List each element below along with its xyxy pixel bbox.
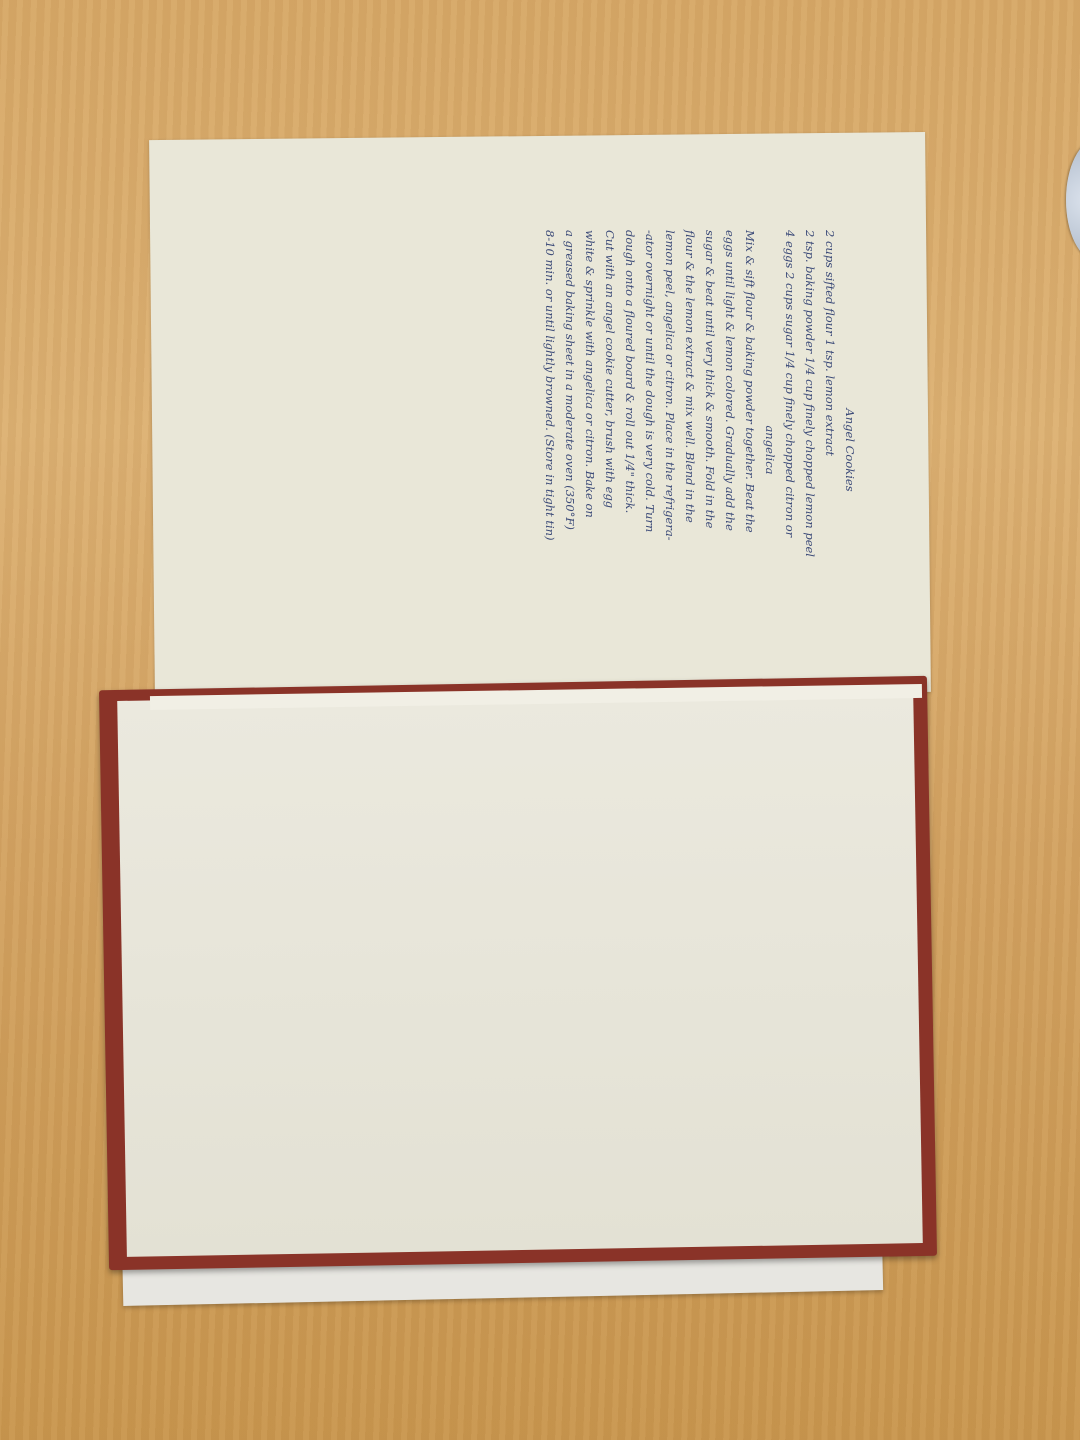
recipe-line: 2 tsp. baking powder 1/4 cup finely chop… xyxy=(800,230,820,670)
pastedown-page xyxy=(117,687,923,1257)
recipe-line: 4 eggs 2 cups sugar 1/4 cup finely chopp… xyxy=(780,230,800,670)
recipe-line: dough onto a floured board & roll out 1/… xyxy=(620,230,640,670)
recipe-line: angelica xyxy=(760,230,780,670)
recipe-line: -ator overnight or until the dough is ve… xyxy=(640,230,660,670)
recipe-line: Cut with an angel cookie cutter, brush w… xyxy=(600,230,620,670)
recipe-line: Mix & sift flour & baking powder togethe… xyxy=(740,230,760,670)
recipe-line: white & sprinkle with angelica or citron… xyxy=(580,230,600,670)
recipe-title: Angel Cookies xyxy=(840,230,860,670)
recipe-line: lemon peel, angelica or citron. Place in… xyxy=(660,230,680,670)
recipe-line: eggs until light & lemon colored. Gradua… xyxy=(720,230,740,670)
recipe-line: 8-10 min. or until lightly browned. (Sto… xyxy=(540,230,560,670)
recipe-line: sugar & beat until very thick & smooth. … xyxy=(700,230,720,670)
handwritten-recipe: Angel Cookies 2 cups sifted flour 1 tsp.… xyxy=(560,230,860,670)
metal-disc xyxy=(1066,140,1080,260)
recipe-line: flour & the lemon extract & mix well. Bl… xyxy=(680,230,700,670)
recipe-line: 2 cups sifted flour 1 tsp. lemon extract xyxy=(820,230,840,670)
recipe-line: a greased baking sheet in a moderate ove… xyxy=(560,230,580,670)
